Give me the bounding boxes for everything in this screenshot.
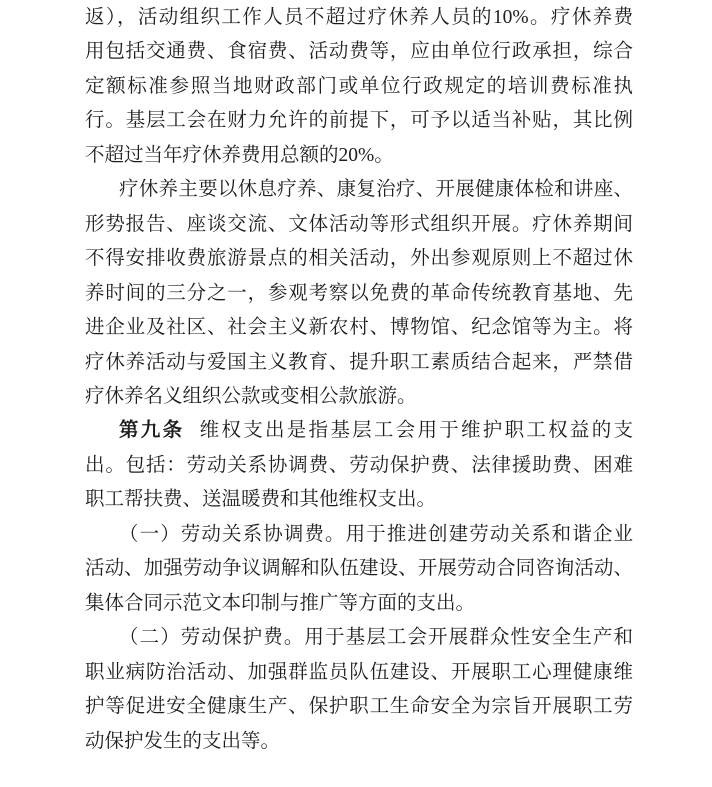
text-line: 活动、加强劳动争议调解和队伍建设、开展劳动合同咨询活动、: [85, 552, 633, 586]
text-line: 出。包括：劳动关系协调费、劳动保护费、法律援助费、困难: [85, 449, 633, 483]
text-line: 行。基层工会在财力允许的前提下，可予以适当补贴，其比例: [85, 104, 633, 138]
text-line: 集体合同示范文本印制与推广等方面的支出。: [85, 587, 633, 621]
paragraph: （一）劳动关系协调费。用于推进创建劳动关系和谐企业活动、加强劳动争议调解和队伍建…: [85, 518, 633, 621]
text-line: 第九条维权支出是指基层工会用于维护职工权益的支: [85, 414, 633, 448]
text-line: 不超过当年疗休养费用总额的20%。: [85, 139, 633, 173]
text-line: （一）劳动关系协调费。用于推进创建劳动关系和谐企业: [85, 518, 633, 552]
article-9-heading: 第九条: [119, 420, 184, 441]
text-line: 养时间的三分之一，参观考察以免费的革命传统教育基地、先: [85, 277, 633, 311]
text-line: （二）劳动保护费。用于基层工会开展群众性安全生产和: [85, 621, 633, 655]
paragraph-text: 维权支出是指基层工会用于维护职工权益的支: [197, 420, 633, 441]
paragraph: 疗休养主要以休息疗养、康复治疗、开展健康体检和讲座、形势报告、座谈交流、文体活动…: [85, 173, 633, 414]
document-page: 返），活动组织工作人员不超过疗休养人员的10%。疗休养费用包括交通费、食宿费、活…: [0, 0, 712, 787]
text-line: 动保护发生的支出等。: [85, 725, 633, 759]
text-line: 返），活动组织工作人员不超过疗休养人员的10%。疗休养费: [85, 1, 633, 35]
text-line: 职业病防治活动、加强群监员队伍建设、开展职工心理健康维: [85, 656, 633, 690]
text-line: 形势报告、座谈交流、文体活动等形式组织开展。疗休养期间: [85, 208, 633, 242]
text-line: 定额标准参照当地财政部门或单位行政规定的培训费标准执: [85, 70, 633, 104]
paragraph: 第九条维权支出是指基层工会用于维护职工权益的支出。包括：劳动关系协调费、劳动保护…: [85, 414, 633, 517]
text-line: 职工帮扶费、送温暖费和其他维权支出。: [85, 483, 633, 517]
text-line: 护等促进安全健康生产、保护职工生命安全为宗旨开展职工劳: [85, 690, 633, 724]
text-line: 疗休养名义组织公款或变相公款旅游。: [85, 380, 633, 414]
paragraph: 返），活动组织工作人员不超过疗休养人员的10%。疗休养费用包括交通费、食宿费、活…: [85, 1, 633, 173]
document-body: 返），活动组织工作人员不超过疗休养人员的10%。疗休养费用包括交通费、食宿费、活…: [85, 1, 633, 759]
text-line: 用包括交通费、食宿费、活动费等，应由单位行政承担，综合: [85, 35, 633, 69]
text-line: 疗休养活动与爱国主义教育、提升职工素质结合起来，严禁借: [85, 346, 633, 380]
text-line: 疗休养主要以休息疗养、康复治疗、开展健康体检和讲座、: [85, 173, 633, 207]
text-line: 不得安排收费旅游景点的相关活动，外出参观原则上不超过休: [85, 242, 633, 276]
text-line: 进企业及社区、社会主义新农村、博物馆、纪念馆等为主。将: [85, 311, 633, 345]
paragraph: （二）劳动保护费。用于基层工会开展群众性安全生产和职业病防治活动、加强群监员队伍…: [85, 621, 633, 759]
